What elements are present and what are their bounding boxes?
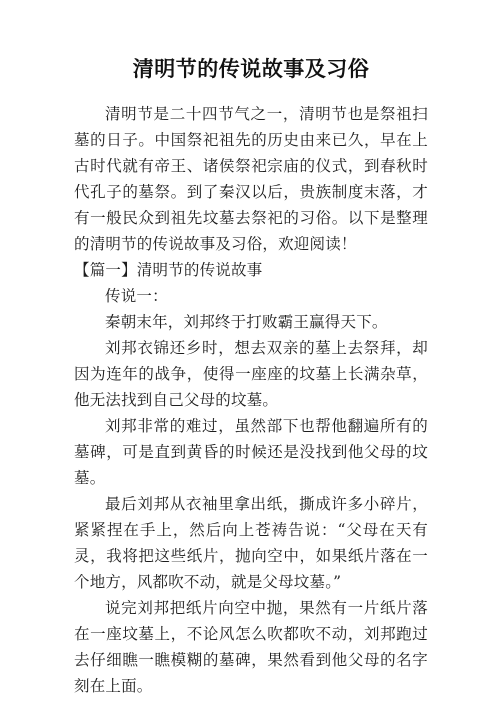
paragraph-story-2: 刘邦衣锦还乡时，想去双亲的墓上去祭拜，却因为连年的战争，使得一座座的坟墓上长满杂… [74, 335, 428, 413]
paragraph-story-3: 刘邦非常的难过，虽然部下也帮他翻遍所有的墓碑，可是直到黄昏的时候还是没找到他父母… [74, 413, 428, 491]
paragraph-story-1: 秦朝末年，刘邦终于打败霸王赢得天下。 [74, 309, 428, 335]
paragraph-story-4: 最后刘邦从衣袖里拿出纸，撕成许多小碎片，紧紧捏在手上，然后向上苍祷告说：“父母在… [74, 491, 428, 595]
paragraph-intro: 清明节是二十四节气之一，清明节也是祭祖扫墓的日子。中国祭祀祖先的历史由来已久，早… [74, 101, 428, 257]
document-title: 清明节的传说故事及习俗 [74, 54, 428, 84]
document-body: 清明节是二十四节气之一，清明节也是祭祖扫墓的日子。中国祭祀祖先的历史由来已久，早… [74, 101, 428, 699]
section-heading: 【篇一】清明节的传说故事 [74, 257, 428, 283]
paragraph-story-5: 说完刘邦把纸片向空中抛，果然有一片纸片落在一座坟墓上，不论风怎么吹都吹不动，刘邦… [74, 595, 428, 699]
document-page: 清明节的传说故事及习俗 清明节是二十四节气之一，清明节也是祭祖扫墓的日子。中国祭… [0, 0, 500, 708]
paragraph-legend-label: 传说一： [74, 283, 428, 309]
